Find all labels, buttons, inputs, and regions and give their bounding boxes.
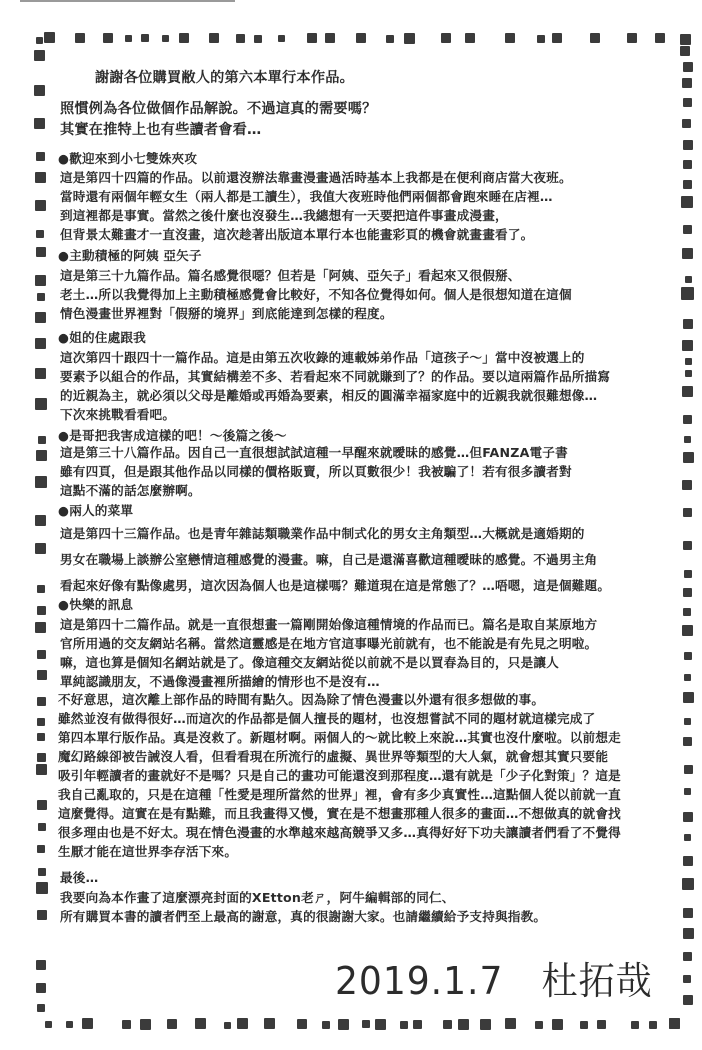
section-line: 這是第四十二篇作品。就是一直很想畫一篇剛開始像這種情境的作品而已。篇名是取自某原…	[60, 617, 597, 633]
section-line: 但背景太難畫才一直沒畫，這次趁著出版這本單行本也能畫彩頁的機會就畫畫看了。	[60, 227, 533, 243]
section-title: ●歡迎來到小七雙姝夾攻	[58, 151, 197, 167]
section-line: 的近親為主，就必須以父母是離婚或再婚為要素，相反的圓滿幸福家庭中的近親我就很難想…	[60, 388, 597, 404]
handwritten-signature: 2019.1.7 杜拓哉	[335, 950, 653, 1005]
signature-author: 杜拓哉	[542, 959, 653, 1003]
section-line: 老土…所以我覺得加上主動積極感覺會比較好，不知各位覺得如何。個人是很想知道在這個	[60, 287, 572, 303]
section-line: 下次來挑戰看看吧。	[60, 407, 175, 423]
section-line: 這是第三十八篇作品。因自己一直很想試試這種一早醒來就曖昧的感覺…但FANZA電子…	[60, 445, 568, 461]
section-line: 這是第三十九篇作品。篇名感覺很噁？但若是「阿姨、亞矢子」看起來又很假掰、	[60, 268, 521, 284]
intro-line-3: 其實在推特上也有些讀者會看…	[60, 122, 261, 138]
closing-line: 雖然並沒有做得很好…而這次的作品都是個人擅長的題材，也沒想嘗試不同的題材就這樣完…	[58, 711, 595, 727]
closing-line: 生厭才能在這世界李存活下來。	[58, 844, 237, 860]
section-line: 官所用過的交友網站名稱。當然這靈感是在地方官這事曝光前就有，也不能說是有先見之明…	[60, 636, 597, 652]
section-title: ●是哥把我害成這樣的吧！～後篇之後～	[58, 428, 287, 444]
closing-line: 魔幻路線卻被告誡沒人看，但看看現在所流行的虛擬、異世界等類型的大人氣，就會想其實…	[58, 749, 608, 765]
section-line: 情色漫畫世界裡對「假掰的境界」到底能達到怎樣的程度。	[60, 306, 393, 322]
section-line: 這是第四十三篇作品。也是青年雜誌類職業作品中制式化的男女主角類型…大概就是適婚期…	[60, 526, 585, 542]
closing-line: 這麼覺得。這實在是有點難，而且我畫得又慢，實在是不想畫那種人很多的畫面…不想做真…	[58, 806, 621, 822]
section-line: 到這裡都是事實。當然之後什麼也沒發生…我總想有一天要把這件事畫成漫畫，	[60, 208, 508, 224]
section-title: ●姐的住處跟我	[58, 330, 146, 346]
final-line: 我要向為本作畫了這麼漂亮封面的XEtton老ㄕ，阿牛編輯部的同仁、	[60, 890, 455, 906]
section-title: ●主動積極的阿姨 亞矢子	[58, 248, 202, 264]
section-line: 看起來好像有點像處男，這次因為個人也是這樣嗎？難道現在這是常態了？…唔嗯，這是個…	[60, 578, 610, 594]
section-line: 這次第四十跟四十一篇作品。這是由第五次收錄的連載姊弟作品「這孩子～」當中沒被選上…	[60, 350, 585, 366]
section-title: ●快樂的訊息	[58, 597, 133, 613]
section-title: ●兩人的菜單	[58, 503, 133, 519]
section-line: 男女在職場上談辦公室戀情這種感覺的漫畫。嘛，自己是還滿喜歡這種曖昧的感覺。不過男…	[60, 552, 597, 568]
afterword-page: 謝謝各位購買敝人的第六本單行本作品。 照慣例為各位做個作品解說。不過這真的需要嗎…	[0, 0, 702, 1050]
final-title: 最後…	[60, 870, 98, 886]
section-line: 當時還有兩個年輕女生（兩人都是工讀生），我值大夜班時他們兩個都會跑來睡在店裡…	[60, 189, 553, 205]
closing-line: 很多理由也是不好太。現在情色漫畫的水準越來越高競爭又多…真得好好下功夫讓讀者們看…	[58, 825, 621, 841]
section-line: 這是第四十四篇的作品。以前還沒辦法靠畫漫畫過活時基本上我都是在便利商店當大夜班。	[60, 170, 572, 186]
signature-date: 2019.1.7	[335, 959, 503, 1003]
section-line: 嘛，這也算是個知名網站就是了。像這種交友網站從以前就不是以買春為目的，只是讓人	[60, 655, 559, 671]
section-line: 單純認識朋友，不過像漫畫裡所描繪的情形也不是沒有…	[60, 674, 380, 690]
closing-line: 吸引年輕讀者的畫就好不是嗎？只是自己的畫功可能還沒到那程度…還有就是「少子化對策…	[58, 768, 621, 784]
intro-thanks: 謝謝各位購買敝人的第六本單行本作品。	[95, 70, 354, 86]
section-line: 雖有四頁，但是跟其他作品以同樣的價格販賣，所以頁數很少！我被騙了！若有很多讀者對	[60, 464, 572, 480]
intro-line-2: 照慣例為各位做個作品解說。不過這真的需要嗎？	[60, 101, 377, 117]
section-line: 這點不滿的話怎麼辦啊。	[60, 483, 201, 499]
final-line: 所有購買本書的讀者們至上最高的謝意，真的很謝謝大家。也請繼續給予支持與指教。	[60, 909, 546, 925]
closing-line: 不好意思，這次離上部作品的時間有點久。因為除了情色漫畫以外還有很多想做的事。	[58, 692, 544, 708]
section-line: 要素予以組合的作品，其實結構差不多、若看起來不同就賺到了？的作品。要以這兩篇作品…	[60, 369, 610, 385]
closing-line: 我自己亂取的，只是在這種「性愛是理所當然的世界」裡，會有多少真實性…這點個人從以…	[58, 787, 621, 803]
closing-line: 第四本單行版作品。真是沒救了。新題材啊。兩個人的～就比較上來說…其實也沒什麼啦。…	[58, 730, 621, 746]
